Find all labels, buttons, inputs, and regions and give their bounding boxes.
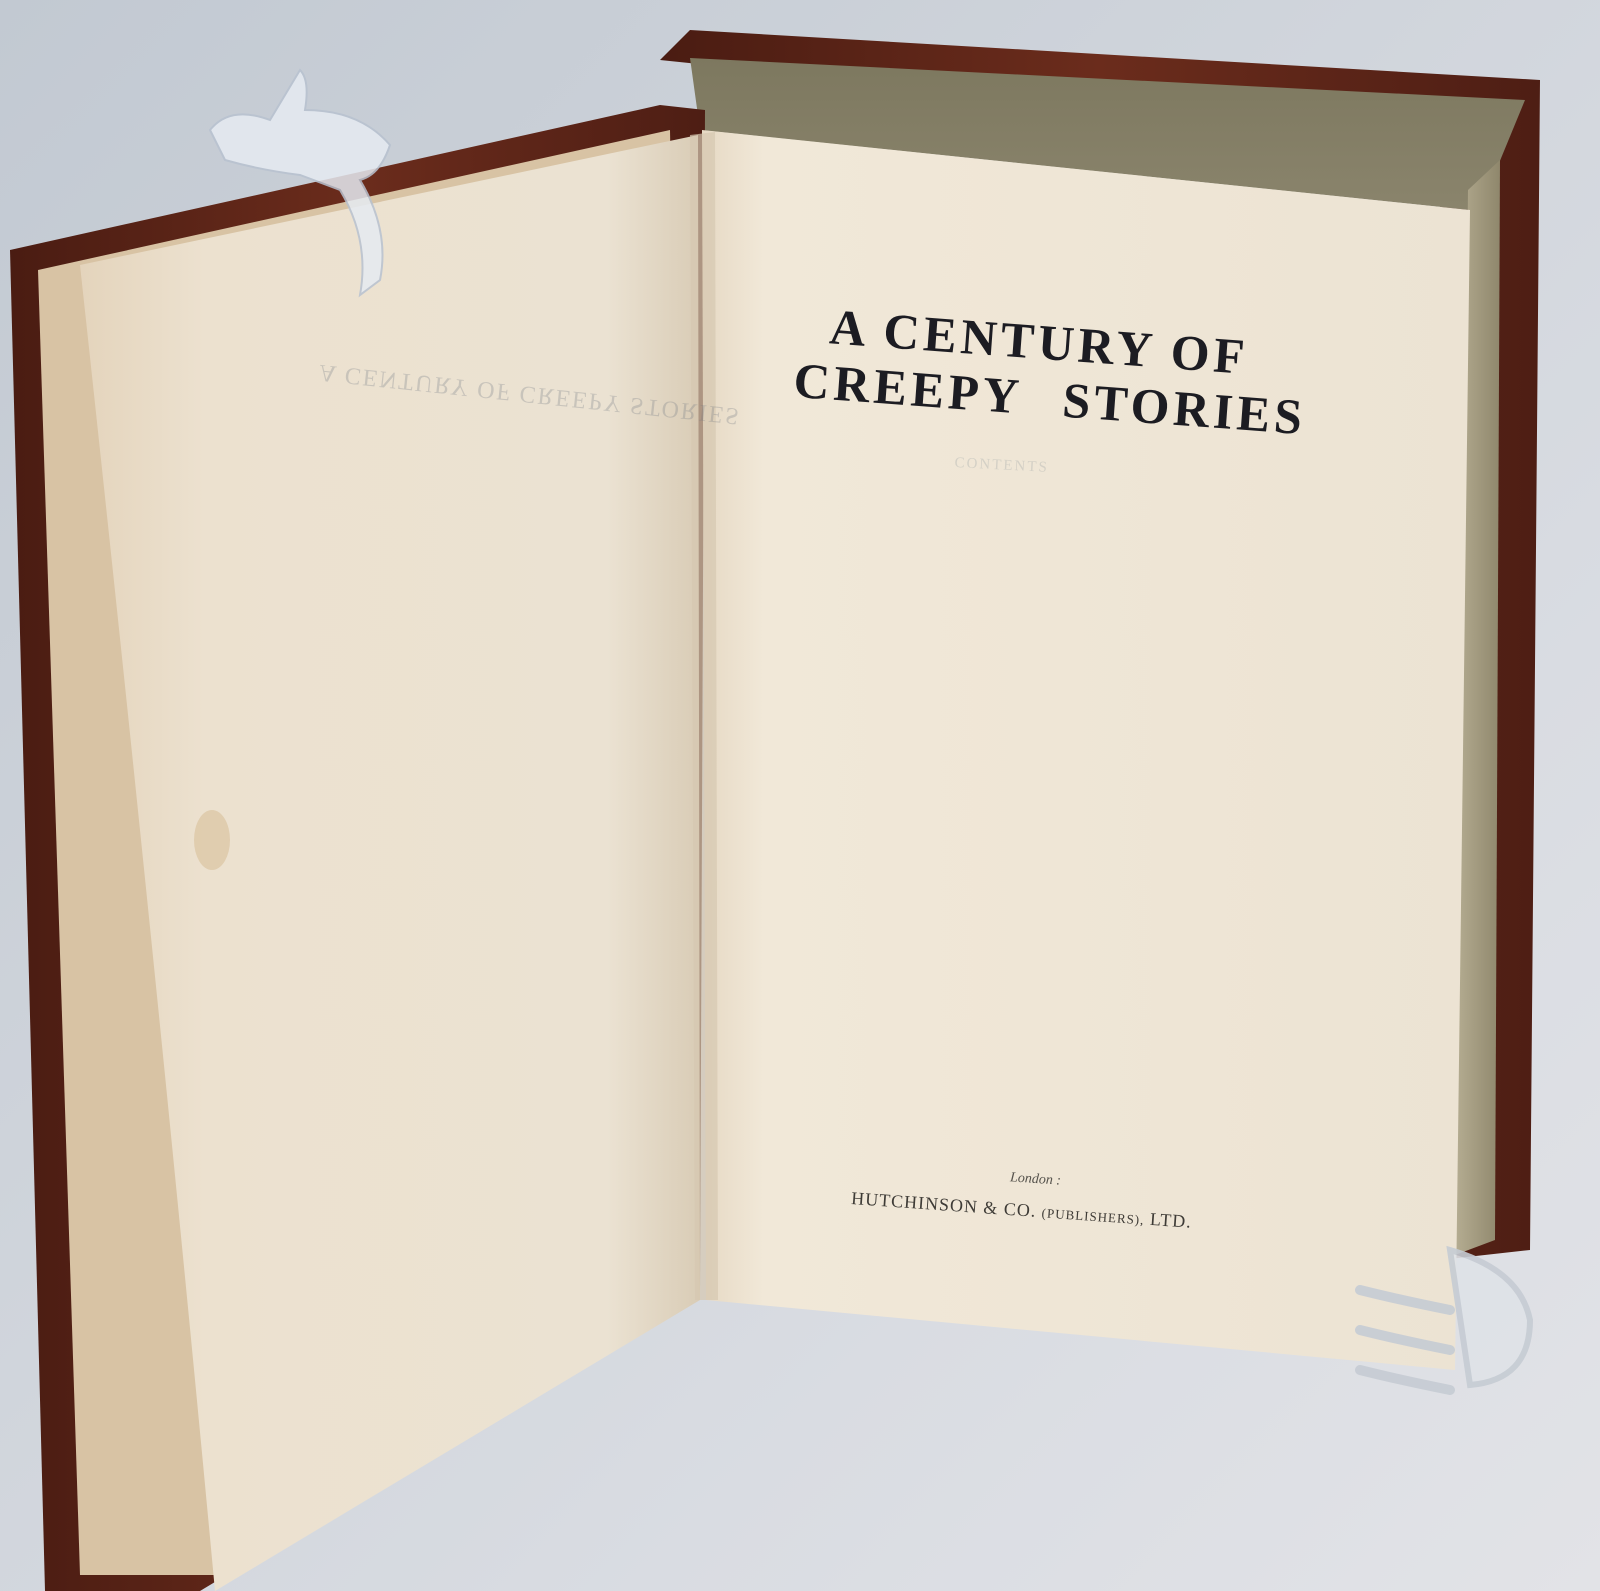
book-scene <box>0 0 1600 1591</box>
imprint-city: London : <box>1010 1170 1062 1189</box>
publisher-suffix: LTD. <box>1149 1209 1192 1232</box>
stain <box>194 810 230 870</box>
